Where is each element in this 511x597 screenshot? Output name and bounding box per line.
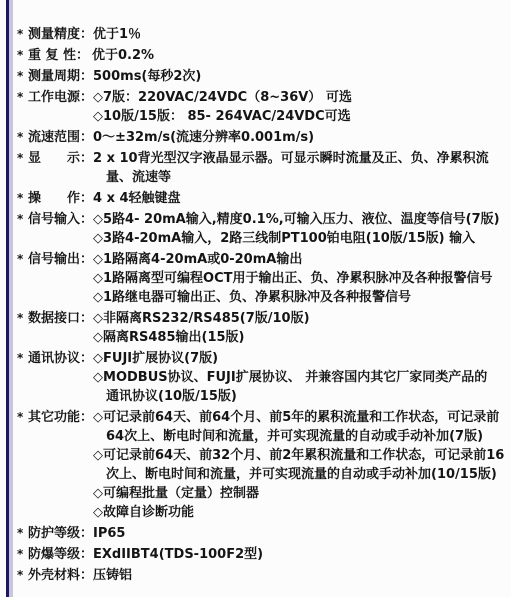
left-border-light-line: [9, 0, 13, 597]
spec-content: 压铸铝: [93, 566, 509, 585]
spec-row: * 测量精度： 优于1％: [17, 25, 509, 44]
spec-line: ◇10版/15版： 85- 264VAC/24VDC可选: [93, 107, 509, 126]
spec-row: * 测量周期： 500ms(每秒2次): [17, 67, 509, 86]
spec-line: 500ms(每秒2次): [93, 67, 509, 86]
bullet-asterisk: *: [17, 149, 28, 168]
spec-line: 压铸铝: [93, 566, 509, 585]
spec-label: 防爆等级：: [28, 545, 93, 564]
spec-content: ◇非隔离RS232/RS485(7版/10版)◇隔离RS485输出(15版): [93, 309, 509, 347]
spec-line: 2 x 10背光型汉字液晶显示器。可显示瞬时流量及正、负、净累积流: [93, 149, 509, 168]
spec-label: 其它功能：: [28, 408, 93, 427]
spec-content: ◇可记录前64天、前64个月、前5年的累积流量和工作状态，可记录前64次上、断电…: [93, 408, 509, 522]
spec-line: ◇1路隔离型可编程OCT用于输出正、负、净累积脉冲及各种报警信号: [93, 269, 509, 288]
bullet-asterisk: *: [17, 524, 28, 543]
spec-content: 优于1％: [93, 25, 509, 44]
spec-label: 测量周期：: [28, 67, 93, 86]
spec-content: 500ms(每秒2次): [93, 67, 509, 86]
spec-line: 优于0.2%: [92, 46, 509, 65]
spec-label: 显 示：: [28, 149, 93, 168]
bullet-asterisk: *: [17, 408, 28, 427]
spec-line: ◇可记录前64天、前64个月、前5年的累积流量和工作状态，可记录前: [93, 408, 509, 427]
spec-line: ◇故障自诊断功能: [93, 503, 509, 522]
spec-row: * 流速范围： 0～±32m/s(流速分辨率0.001m/s): [17, 128, 509, 147]
spec-sheet-page: * 测量精度： 优于1％ * 重 复 性： 优于0.2% * 测量周期： 500…: [0, 0, 511, 597]
bullet-asterisk: *: [17, 128, 28, 147]
spec-label: 重 复 性：: [28, 46, 92, 65]
spec-label: 测量精度：: [28, 25, 93, 44]
spec-row: * 防护等级： IP65: [17, 524, 509, 543]
spec-label: 防护等级：: [28, 524, 93, 543]
spec-line: ◇1路隔离4-20mA或0-20mA输出: [93, 250, 509, 269]
bullet-asterisk: *: [17, 25, 28, 44]
spec-label: 外壳材料：: [28, 566, 93, 585]
spec-line: 0～±32m/s(流速分辨率0.001m/s): [93, 128, 509, 147]
spec-row: * 显 示： 2 x 10背光型汉字液晶显示器。可显示瞬时流量及正、负、净累积流…: [17, 149, 509, 187]
bullet-asterisk: *: [17, 250, 28, 269]
spec-line: ◇7版：220VAC/24VDC（8~36V） 可选: [93, 88, 509, 107]
spec-line: ◇可编程批量（定量）控制器: [93, 484, 509, 503]
spec-label: 工作电源：: [28, 88, 93, 107]
bullet-asterisk: *: [17, 349, 28, 368]
spec-line: 次上、断电时间和流量，并可实现流量的自动或手动补加(10/15版): [93, 465, 509, 484]
spec-row: * 重 复 性： 优于0.2%: [17, 46, 509, 65]
bullet-asterisk: *: [17, 189, 28, 208]
bullet-asterisk: *: [17, 309, 28, 328]
bullet-asterisk: *: [17, 566, 28, 585]
bullet-asterisk: *: [17, 210, 28, 229]
spec-line: ◇FUJI扩展协议(7版): [93, 349, 509, 368]
spec-row: * 信号输入： ◇5路4- 20mA输入,精度0.1%,可输入压力、液位、温度等…: [17, 210, 509, 248]
spec-line: 优于1％: [93, 25, 509, 44]
spec-line: ◇MODBUS协议、FUJI扩展协议、 并兼容国内其它厂家同类产品的: [93, 368, 509, 387]
spec-line: 量、流速等: [93, 168, 509, 187]
spec-label: 信号输出：: [28, 250, 93, 269]
spec-content: ◇FUJI扩展协议(7版)◇MODBUS协议、FUJI扩展协议、 并兼容国内其它…: [93, 349, 509, 406]
spec-label: 流速范围：: [28, 128, 93, 147]
spec-line: 通讯协议(10版/15版): [93, 387, 509, 406]
spec-line: 64次上、断电时间和流量，并可实现流量的自动或手动补加(7版): [93, 427, 509, 446]
spec-line: ◇3路4-20mA输入，2路三线制PT100铂电阻(10版/15版) 输入: [93, 229, 509, 248]
spec-line: ◇非隔离RS232/RS485(7版/10版): [93, 309, 509, 328]
spec-content: ◇1路隔离4-20mA或0-20mA输出◇1路隔离型可编程OCT用于输出正、负、…: [93, 250, 509, 307]
bullet-asterisk: *: [17, 88, 28, 107]
spec-content: IP65: [93, 524, 509, 543]
spec-line: 4 x 4轻触键盘: [93, 189, 509, 208]
spec-row: * 防爆等级： EXdIIBT4(TDS-100F2型): [17, 545, 509, 564]
spec-content: ◇5路4- 20mA输入,精度0.1%,可输入压力、液位、温度等信号(7版)◇3…: [93, 210, 509, 248]
spec-row: * 信号输出： ◇1路隔离4-20mA或0-20mA输出◇1路隔离型可编程OCT…: [17, 250, 509, 307]
spec-content: 4 x 4轻触键盘: [93, 189, 509, 208]
spec-row: * 操 作： 4 x 4轻触键盘: [17, 189, 509, 208]
spec-row: * 工作电源： ◇7版：220VAC/24VDC（8~36V） 可选◇10版/1…: [17, 88, 509, 126]
spec-label: 数据接口：: [28, 309, 93, 328]
spec-line: ◇5路4- 20mA输入,精度0.1%,可输入压力、液位、温度等信号(7版): [93, 210, 509, 229]
spec-line: ◇可记录前64天、前32个月、前2年累积流量和工作状态，可记录前16: [93, 446, 509, 465]
spec-label: 信号输入：: [28, 210, 93, 229]
spec-content: 2 x 10背光型汉字液晶显示器。可显示瞬时流量及正、负、净累积流量、流速等: [93, 149, 509, 187]
spec-row: * 通讯协议： ◇FUJI扩展协议(7版)◇MODBUS协议、FUJI扩展协议、…: [17, 349, 509, 406]
spec-list: * 测量精度： 优于1％ * 重 复 性： 优于0.2% * 测量周期： 500…: [17, 25, 509, 587]
spec-content: 0～±32m/s(流速分辨率0.001m/s): [93, 128, 509, 147]
spec-label: 通讯协议：: [28, 349, 93, 368]
spec-row: * 数据接口： ◇非隔离RS232/RS485(7版/10版)◇隔离RS485输…: [17, 309, 509, 347]
spec-content: ◇7版：220VAC/24VDC（8~36V） 可选◇10版/15版： 85- …: [93, 88, 509, 126]
bullet-asterisk: *: [17, 545, 28, 564]
spec-line: IP65: [93, 524, 509, 543]
bullet-asterisk: *: [17, 67, 28, 86]
spec-line: EXdIIBT4(TDS-100F2型): [93, 545, 509, 564]
spec-line: ◇1路继电器可输出正、负、净累积脉冲及各种报警信号: [93, 288, 509, 307]
spec-row: * 其它功能： ◇可记录前64天、前64个月、前5年的累积流量和工作状态，可记录…: [17, 408, 509, 522]
bullet-asterisk: *: [17, 46, 28, 65]
spec-label: 操 作：: [28, 189, 93, 208]
spec-line: ◇隔离RS485输出(15版): [93, 328, 509, 347]
spec-content: 优于0.2%: [92, 46, 509, 65]
spec-row: * 外壳材料： 压铸铝: [17, 566, 509, 585]
spec-content: EXdIIBT4(TDS-100F2型): [93, 545, 509, 564]
